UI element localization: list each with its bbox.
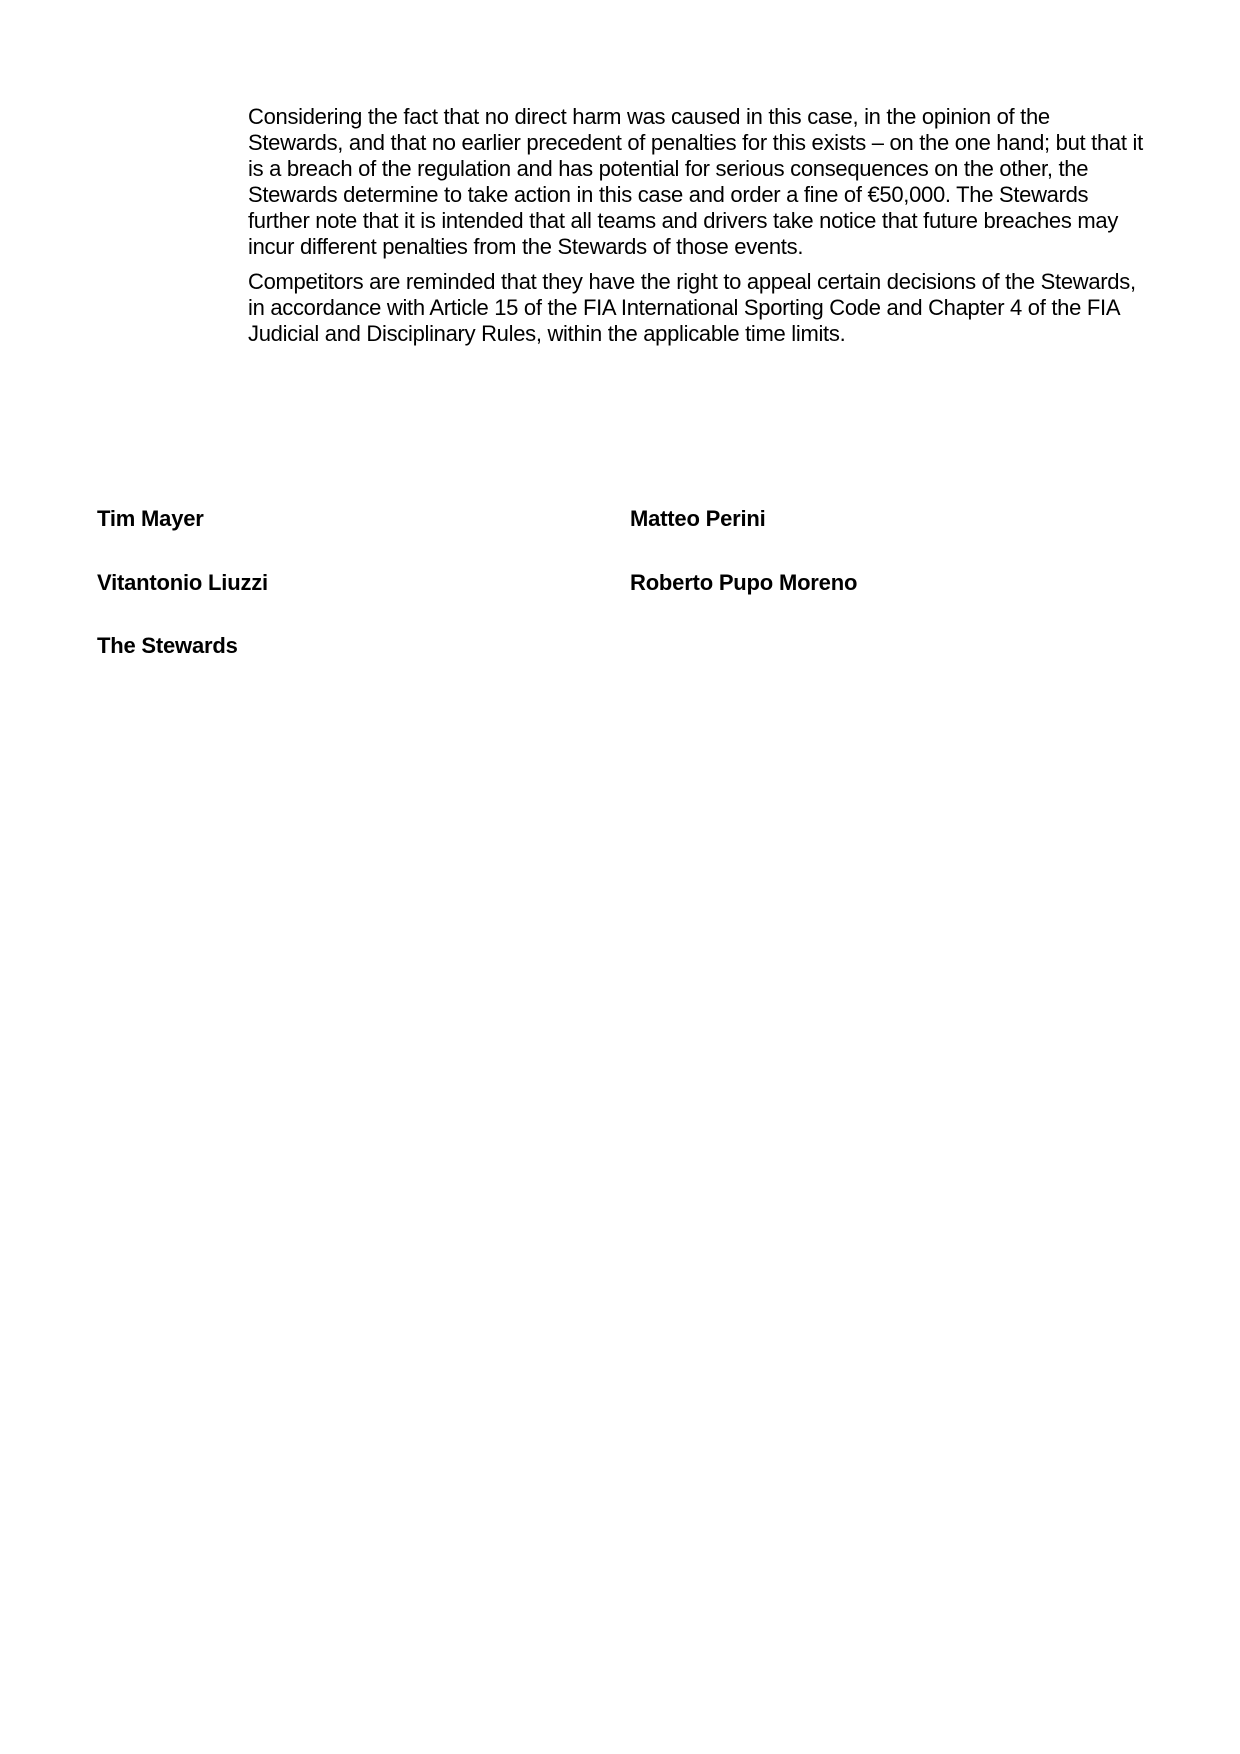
signatory-name: Tim Mayer (97, 506, 204, 532)
signatory-name: Vitantonio Liuzzi (97, 570, 268, 596)
signatory-name: Roberto Pupo Moreno (630, 570, 857, 596)
paragraph-appeal-rights: Competitors are reminded that they have … (248, 269, 1148, 347)
closing-label: The Stewards (97, 633, 238, 659)
paragraph-penalty-reasoning: Considering the fact that no direct harm… (248, 104, 1148, 260)
signatory-name: Matteo Perini (630, 506, 766, 532)
decision-body: Considering the fact that no direct harm… (248, 104, 1148, 356)
